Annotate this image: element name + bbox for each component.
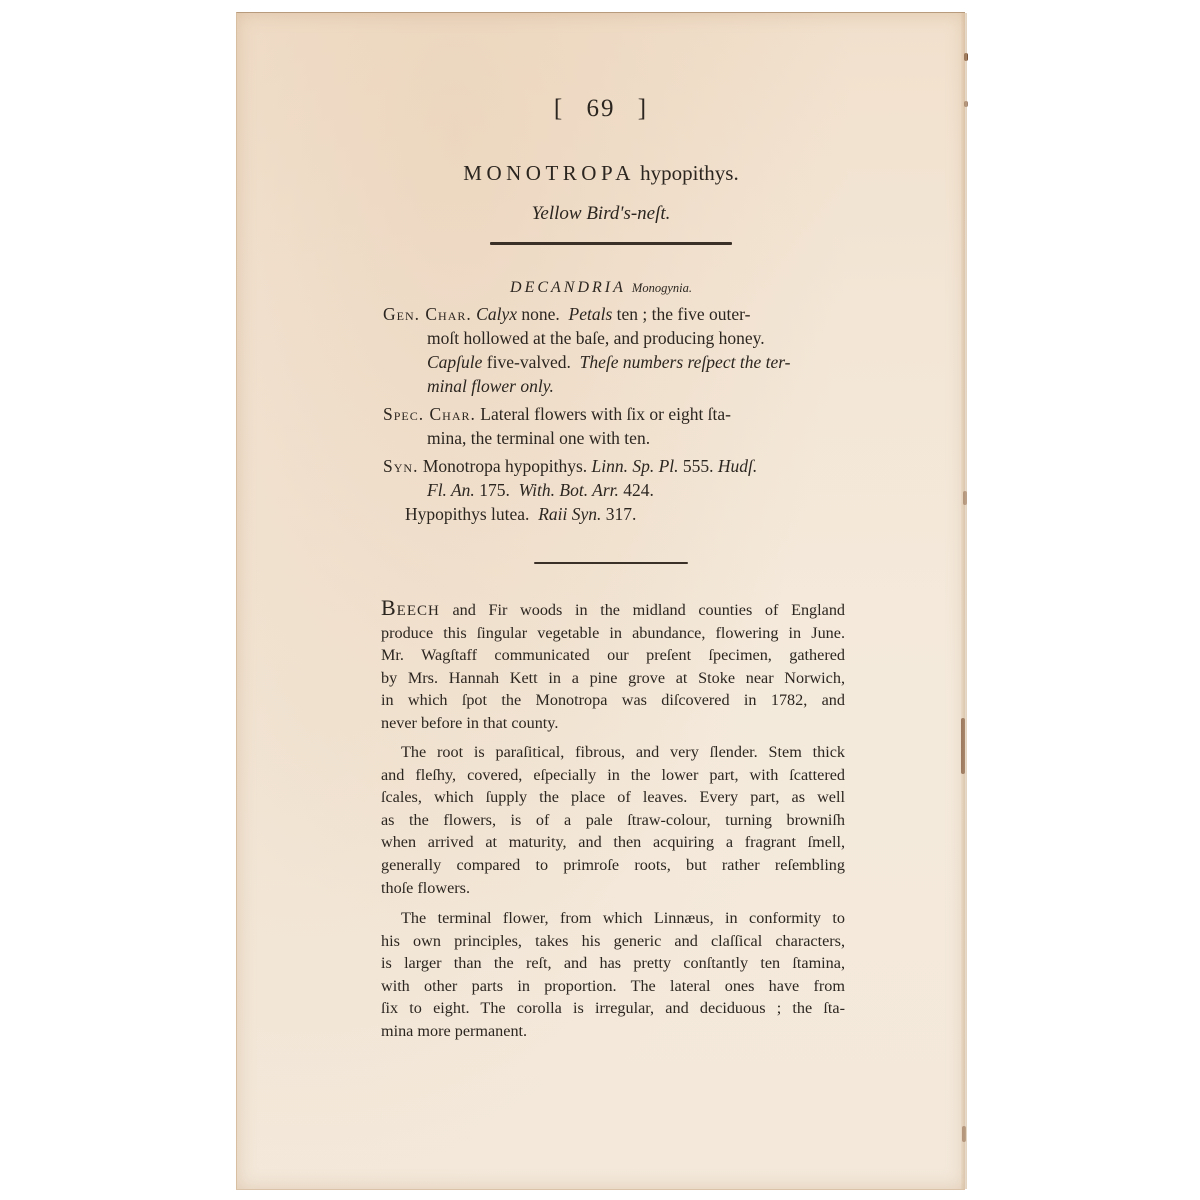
class-name: DECANDRIA xyxy=(510,279,626,296)
reference-page: 175. xyxy=(479,480,510,500)
text-line: ſcales, which ſupply the place of leaves… xyxy=(381,786,845,809)
italic-note: Theſe numbers reſpect the ter- xyxy=(580,352,791,372)
synonym-name: Monotropa hypopithys. xyxy=(423,456,587,476)
text-line: The root is paraſitical, fibrous, and ve… xyxy=(381,741,845,764)
linnaean-classification: DECANDRIAMonogynia. xyxy=(237,279,965,297)
paragraph-flower: The terminal flower, from which Linnæus,… xyxy=(381,907,845,1043)
paragraph-description: The root is paraſitical, fibrous, and ve… xyxy=(381,741,845,899)
common-name: Yellow Bird's-neſt. xyxy=(237,203,965,225)
synonym-name: Hypopithys lutea. xyxy=(405,504,529,524)
text-line: when arrived at maturity, and then acqui… xyxy=(381,831,845,854)
spec-char-line-2: mina, the terminal one with ten. xyxy=(427,427,650,451)
text-fragment: and Fir woods in the midland counties of… xyxy=(453,601,846,619)
term-petals: Petals xyxy=(569,304,613,324)
text-line: and fleſhy, covered, eſpecially in the l… xyxy=(381,764,845,787)
edge-stain xyxy=(963,491,967,505)
text-fragment: none. xyxy=(517,304,569,324)
syn-line-1: Syn. Monotropa hypopithys. Linn. Sp. Pl.… xyxy=(383,455,757,479)
text-line: generally compared to primroſe roots, bu… xyxy=(381,854,845,877)
text-line: ſix to eight. The corolla is irregular, … xyxy=(381,997,845,1020)
text-line: Beech and Fir woods in the midland count… xyxy=(381,597,845,622)
page-number: [ 69 ] xyxy=(237,95,965,123)
syn-line-3: Hypopithys lutea. Raii Syn. 317. xyxy=(405,503,636,527)
reference-page: 317. xyxy=(606,504,637,524)
text-line: Mr. Wagſtaff communicated our preſent ſp… xyxy=(381,644,845,667)
edge-stain xyxy=(964,101,968,107)
drop-cap-word: Beech xyxy=(381,595,440,620)
text-fragment: five-valved. xyxy=(482,352,579,372)
text-line: in which ſpot the Monotropa was diſcover… xyxy=(381,689,845,712)
text-fragment: Lateral flowers with ſix or eight ſta- xyxy=(480,404,731,424)
gen-char-label: Gen. Char. xyxy=(383,304,472,324)
reference-page: 555. xyxy=(683,456,714,476)
text-fragment: ten ; the five outer- xyxy=(612,304,750,324)
text-line: produce this ſingular vegetable in abund… xyxy=(381,622,845,645)
paragraph-habitat: Beech and Fir woods in the midland count… xyxy=(381,597,845,735)
reference-title: Raii Syn. xyxy=(538,504,601,524)
edge-stain xyxy=(962,1126,966,1142)
text-line: is larger than the reſt, and has pretty … xyxy=(381,952,845,975)
species-title: MONOTROPA hypopithys. xyxy=(237,161,965,186)
divider-rule xyxy=(534,562,688,564)
term-calyx: Calyx xyxy=(476,304,517,324)
gen-char-line-4: minal flower only. xyxy=(427,375,554,399)
text-line: never before in that county. xyxy=(381,712,845,735)
book-page: [ 69 ] MONOTROPA hypopithys. Yellow Bird… xyxy=(236,12,965,1190)
text-line: mina more permanent. xyxy=(381,1020,845,1043)
text-line: The terminal flower, from which Linnæus,… xyxy=(381,907,845,930)
gen-char-line-1: Gen. Char. Calyx none. Petals ten ; the … xyxy=(383,303,750,327)
genus-name: MONOTROPA xyxy=(463,161,635,185)
text-line: by Mrs. Hannah Kett in a pine grove at S… xyxy=(381,667,845,690)
term-capsule: Capſule xyxy=(427,352,482,372)
syn-line-2: Fl. An. 175. With. Bot. Arr. 424. xyxy=(427,479,654,503)
spec-char-label: Spec. Char. xyxy=(383,404,476,424)
reference-title: Fl. An. xyxy=(427,480,475,500)
reference-page: 424. xyxy=(623,480,654,500)
reference-title: Linn. Sp. Pl. xyxy=(592,456,679,476)
species-name: hypopithys. xyxy=(640,161,739,185)
gen-char-line-3: Capſule five-valved. Theſe numbers reſpe… xyxy=(427,351,791,375)
reference-title: With. Bot. Arr. xyxy=(519,480,619,500)
text-line: as the flowers, is of a pale ſtraw-colou… xyxy=(381,809,845,832)
spec-char-line-1: Spec. Char. Lateral flowers with ſix or … xyxy=(383,403,731,427)
order-name: Monogynia. xyxy=(632,281,692,295)
reference-title: Hudſ. xyxy=(718,456,757,476)
divider-rule xyxy=(490,242,732,245)
text-line: thoſe flowers. xyxy=(381,877,845,900)
edge-stain xyxy=(961,718,965,774)
syn-label: Syn. xyxy=(383,456,418,476)
edge-stain xyxy=(964,53,968,61)
gen-char-line-2: moſt hollowed at the baſe, and producing… xyxy=(427,327,765,351)
text-line: with other parts in proportion. The late… xyxy=(381,975,845,998)
text-line: his own principles, takes his generic an… xyxy=(381,930,845,953)
